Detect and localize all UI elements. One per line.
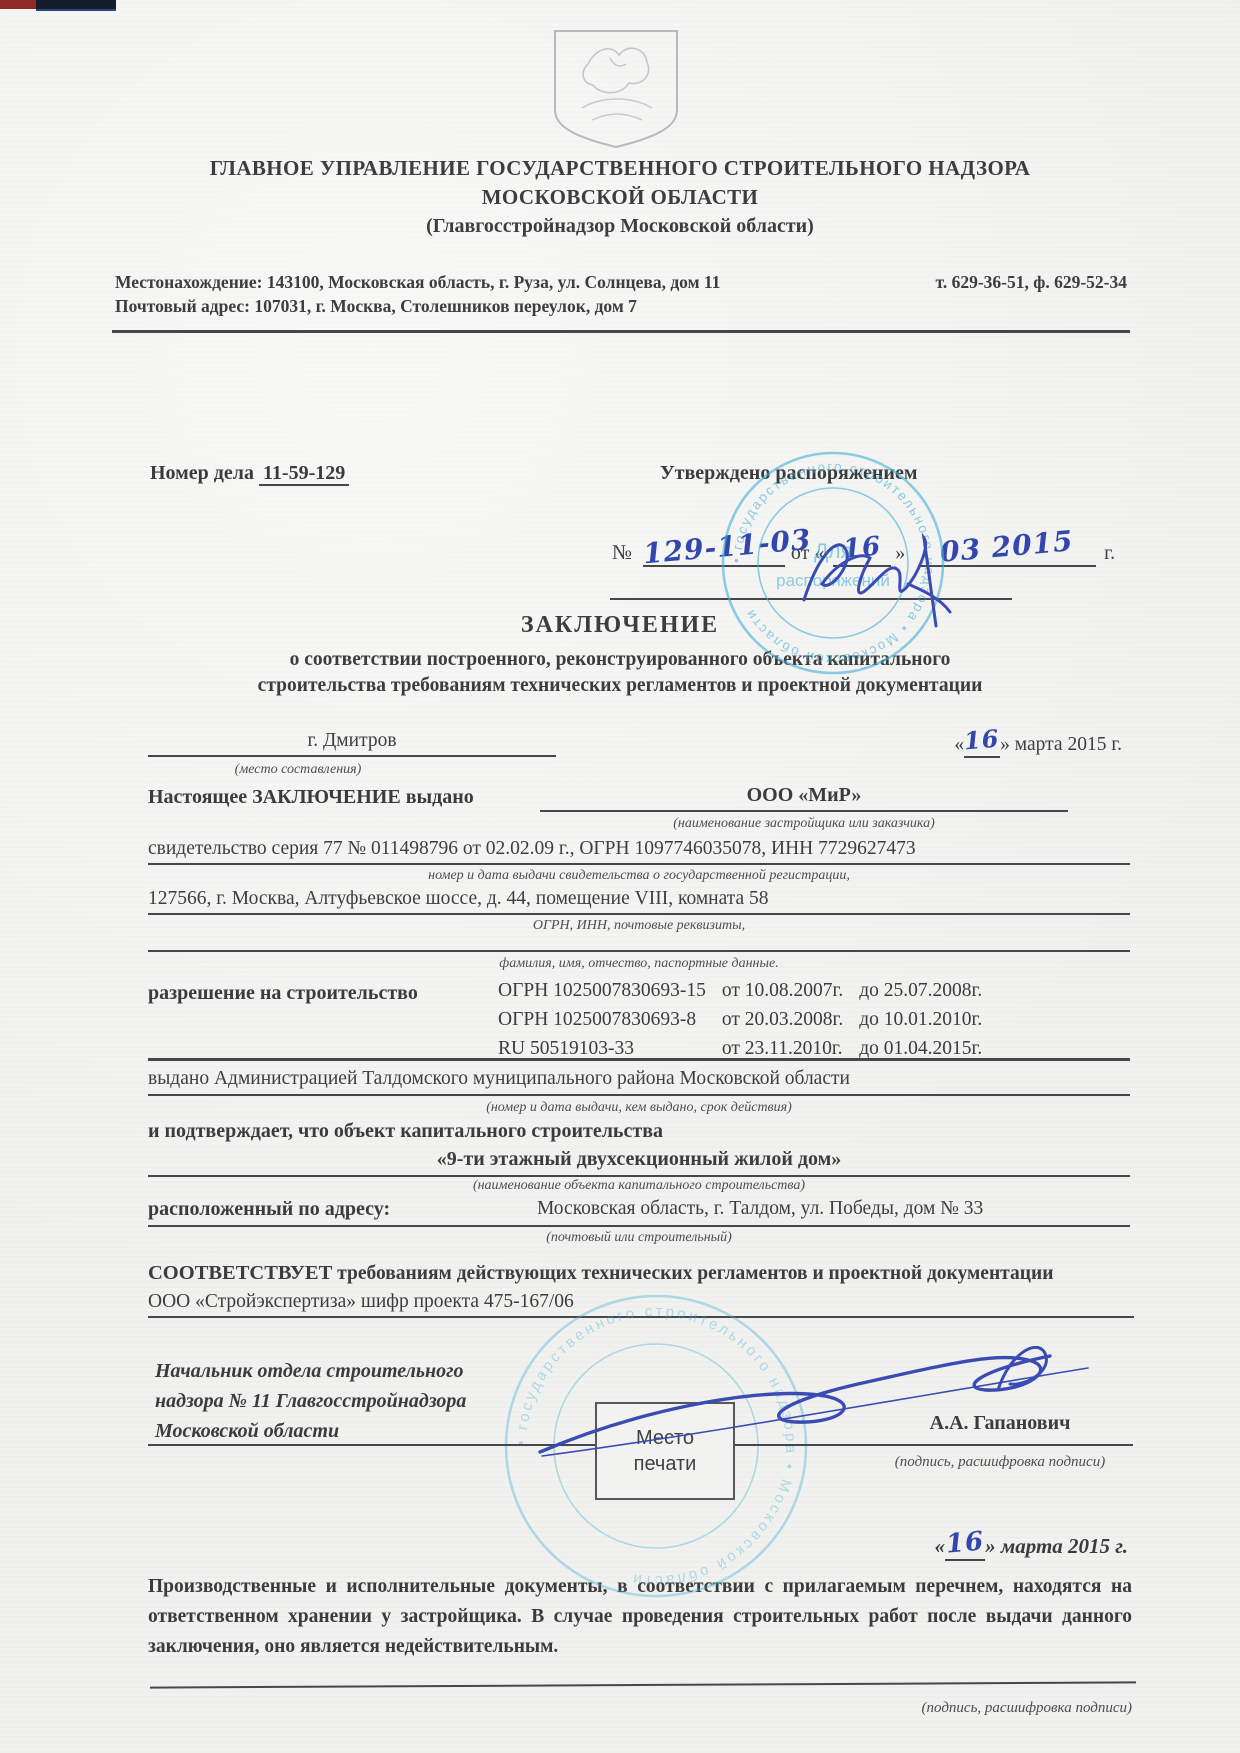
permit-issued-by: выдано Администрацией Талдомского муници…: [148, 1068, 1130, 1096]
case-number-row: Номер дела 11-59-129: [150, 462, 349, 485]
scan-artifact-bar: [0, 0, 116, 9]
conformity-rest: требованиям действующих технических регл…: [332, 1263, 1053, 1284]
certificate-caption: номер и дата выдачи свидетельства о госу…: [148, 868, 1130, 884]
company-address-line: 127566, г. Москва, Алтуфьевское шоссе, д…: [148, 888, 1130, 915]
document-page: ГЛАВНОЕ УПРАВЛЕНИЕ ГОСУДАРСТВЕННОГО СТРО…: [0, 0, 1240, 1753]
signing-date-rest: » марта 2015 г.: [985, 1534, 1128, 1558]
coat-of-arms-icon: [540, 24, 692, 154]
issued-to-caption: (наименование застройщика или заказчика): [540, 816, 1068, 832]
permit-row-from: от 10.08.2007г.: [722, 980, 843, 1002]
permit-row-from: от 20.03.2008г.: [722, 1009, 843, 1031]
footer-caption: (подпись, расшифровка подписи): [922, 1700, 1132, 1717]
conformity-line: СООТВЕТСТВУЕТ требованиям действующих те…: [148, 1262, 1134, 1285]
signer-post-line3: Московской области: [155, 1416, 466, 1446]
object-address-value: Московская область, г. Талдом, ул. Побед…: [390, 1198, 1130, 1221]
org-name-line1: ГЛАВНОЕ УПРАВЛЕНИЕ ГОСУДАРСТВЕННОГО СТРО…: [0, 156, 1240, 181]
signing-date: «16» марта 2015 г.: [935, 1532, 1128, 1561]
permit-row-to: до 01.04.2015г.: [859, 1038, 982, 1060]
org-location: Местонахождение: 143100, Московская обла…: [115, 272, 720, 293]
title-subline2: строительства требованиям технических ре…: [0, 675, 1240, 697]
signature-icon: [528, 1332, 1108, 1467]
scan-artifact-red: [0, 0, 36, 9]
permit-caption: (номер и дата выдачи, кем выдано, срок д…: [148, 1100, 1130, 1116]
place-of-issue: г. Дмитров: [307, 730, 396, 751]
order-no-sign: №: [612, 540, 632, 564]
order-year-suffix: г.: [1104, 542, 1115, 564]
case-number-value: 11-59-129: [259, 462, 349, 486]
confirm-intro: и подтверждает, что объект капитального …: [148, 1120, 663, 1143]
permit-row-from: от 23.11.2010г.: [722, 1038, 843, 1060]
passport-caption: фамилия, имя, отчество, паспортные данны…: [148, 956, 1130, 972]
object-address-row: расположенный по адресу: Московская обла…: [148, 1198, 1130, 1227]
conformity-word: СООТВЕТСТВУЕТ: [148, 1262, 332, 1284]
footer-signature-line: [150, 1681, 1136, 1688]
object-address-label: расположенный по адресу:: [148, 1198, 390, 1221]
title-subline1: о соответствии построенного, реконструир…: [0, 649, 1240, 671]
permit-underline: [148, 1058, 1130, 1061]
issue-date: «16» марта 2015 г.: [954, 730, 1122, 758]
signing-date-open: «: [935, 1534, 946, 1558]
org-phone: т. 629-36-51, ф. 629-52-34: [936, 272, 1127, 293]
issue-date-rest: » марта 2015 г.: [1000, 734, 1122, 755]
permit-row-num: ОГРН 1025007830693-15: [498, 980, 706, 1002]
header-divider: [112, 330, 1130, 333]
issue-date-day-handwritten: 16: [963, 727, 1000, 754]
document-title: ЗАКЛЮЧЕНИЕ: [0, 612, 1240, 639]
permit-row-to: до 25.07.2008г.: [859, 980, 982, 1002]
case-number-label: Номер дела: [150, 462, 254, 484]
issued-to-value: ООО «МиР»: [540, 784, 1068, 812]
permit-row-num: ОГРН 1025007830693-8: [498, 1009, 706, 1031]
company-address-caption: ОГРН, ИНН, почтовые реквизиты,: [148, 918, 1130, 934]
signer-post-line1: Начальник отдела строительного: [155, 1356, 466, 1386]
permit-label: разрешение на строительство: [148, 982, 488, 1005]
signer-post-line2: надзора № 11 Главгосстройнадзора: [155, 1386, 466, 1416]
passport-blank-line: [148, 950, 1130, 952]
permit-row-to: до 10.01.2010г.: [859, 1009, 982, 1031]
object-address-caption: (почтовый или строительный): [148, 1230, 1130, 1246]
org-name-line3: (Главгосстройнадзор Московской области): [0, 215, 1240, 238]
certificate-line: свидетельство серия 77 № 011498796 от 02…: [148, 838, 1130, 865]
object-name: «9-ти этажный двухсекционный жилой дом»: [148, 1148, 1130, 1177]
org-name-line2: МОСКОВСКОЙ ОБЛАСТИ: [0, 185, 1240, 210]
permit-row-num: RU 50519103-33: [498, 1038, 706, 1060]
issued-to-label: Настоящее ЗАКЛЮЧЕНИЕ выдано: [148, 786, 474, 809]
org-postal-address: Почтовый адрес: 107031, г. Москва, Столе…: [115, 296, 1127, 317]
signing-date-day-handwritten: 16: [945, 1528, 985, 1557]
signature-icon: [790, 520, 960, 635]
scan-artifact-dark: [36, 0, 116, 11]
place-caption: (место составления): [148, 762, 448, 778]
permit-table: ОГРН 1025007830693-15 от 10.08.2007г. до…: [498, 980, 982, 1060]
object-caption: (наименование объекта капитального строи…: [148, 1178, 1130, 1194]
